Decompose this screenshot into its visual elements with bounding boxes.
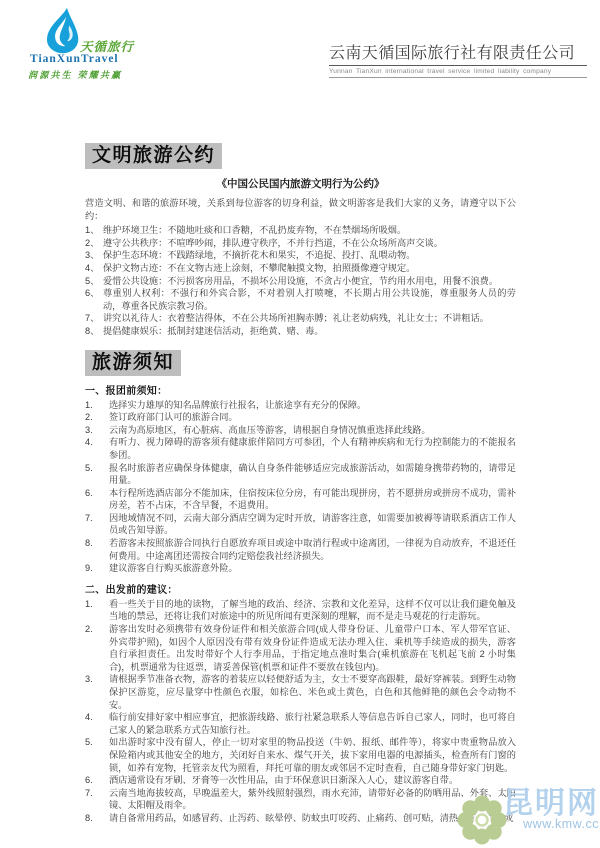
item-text: 若游客未按照旅游合同执行自愿放弃项目或途中取消行程或中途离团，一律视为自动放弃，… [109,537,516,562]
item-text: 请自备常用药品，如感冒药、止泻药、眩晕停、防蚊虫叮咬药、止痛药、创可贴，清热、解… [109,812,516,825]
item-text: 如出游时家中没有留人，停止一切对家里的物品投送（牛奶、报纸、邮件等），将家中贵重… [109,736,516,774]
item-number: 7. [85,787,109,812]
list-item: 8.若游客未按照旅游合同执行自愿放弃项目或途中取消行程或中途离团，一律视为自动放… [85,537,516,562]
item-text: 讲究以礼待人：衣着整洁得体，不在公共场所袒胸赤膊；礼让老幼病残，礼让女士；不讲粗… [103,312,516,325]
agency-logo: 天循旅行 TianXunTravel 润源共生 荣耀共赢 [28,6,168,86]
item-number: 2. [85,623,109,673]
list-item: 5.报名时旅游者应确保身体健康，确认自身条件能够适应完成旅游活动，如需随身携带药… [85,462,516,487]
list-item: 5、爱惜公共设施：不污损客房用品，不损坏公用设施，不贪占小便宜，节约用水用电，用… [85,275,516,288]
list-item: 4、保护文物古迹：不在文物古迹上涂刻，不攀爬触摸文物，拍照摄像遵守规定。 [85,262,516,275]
convention-intro: 营造文明、和谐的旅游环境，关系到每位游客的切身利益，做文明游客是我们大家的义务，… [85,197,516,222]
list-item: 2.游客出发时必须携带有效身份证件和相关旅游合同(成人带身份证、儿童带户口本、军… [85,623,516,673]
list-item: 1、维护环境卫生：不随地吐痰和口香糖，不乱扔废弃物，不在禁烟场所吸烟。 [85,224,516,237]
item-number: 5. [85,462,109,487]
list-item: 3.云南为高原地区，有心脏病、高血压等游客，请根据自身情况慎重选择此线路。 [85,424,516,437]
item-number: 7. [85,512,109,537]
item-text: 看一些关于目的地的读物，了解当地的政治、经济、宗教和文化差异，这样不仅可以让我们… [109,598,516,623]
item-text: 遵守公共秩序：不喧哗吵闹，排队遵守秩序，不并行挡道，不在公众场所高声交谈。 [103,237,516,250]
item-text: 因地域情况不同，云南大部分酒店空调为定时开放，请游客注意，如需要加被褥等请联系酒… [109,512,516,537]
convention-subtitle: 《中国公民国内旅游文明行为公约》 [85,176,516,191]
watermark-site-name: 昆明网 [503,789,599,819]
item-number: 6、 [85,287,103,312]
item-number: 2. [85,411,109,424]
before-booking-list: 1.选择实力雄厚的知名品牌旅行社报名，让旅途享有充分的保障。2.签订政府部门认可… [85,399,516,575]
item-number: 9. [85,562,109,575]
list-item: 6、尊重别人权利：不强行和外宾合影，不对着别人打喷嚏，不长期占用公共设施，尊重服… [85,287,516,312]
item-number: 1、 [85,224,103,237]
list-item: 7.因地域情况不同，云南大部分酒店空调为定时开放，请游客注意，如需要加被褥等请联… [85,512,516,537]
company-name-chinese: 云南天循国际旅行社有限责任公司 [329,40,587,66]
item-number: 3. [85,673,109,711]
list-item: 2.签订政府部门认可的旅游合同。 [85,411,516,424]
list-item: 4.有听力、视力障碍的游客须有健康旅伴陪同方可参团，个人有精神疾病和无行为控制能… [85,436,516,461]
list-item: 8、提倡健康娱乐：抵制封建迷信活动，拒绝黄、赌、毒。 [85,325,516,338]
item-text: 云南为高原地区，有心脏病、高血压等游客，请根据自身情况慎重选择此线路。 [109,424,516,437]
item-text: 选择实力雄厚的知名品牌旅行社报名，让旅途享有充分的保障。 [109,399,516,412]
item-text: 云南当地海拔较高，早晚温差大，紫外线照射强烈，雨水充沛，请带好必备的防晒用品、外… [109,787,516,812]
water-drop-icon [44,8,82,54]
item-text: 维护环境卫生：不随地吐痰和口香糖，不乱扔废弃物，不在禁烟场所吸烟。 [103,224,516,237]
item-number: 3、 [85,249,103,262]
list-item: 3、保护生态环境：不践踏绿地，不摘折花木和果实，不追捉、投打、乱喂动物。 [85,249,516,262]
item-number: 8. [85,812,109,825]
list-item: 4.临行前安排好家中相应事宜，把旅游线路、旅行社紧急联系人等信息告诉自己家人，同… [85,711,516,736]
item-number: 4. [85,436,109,461]
item-text: 建议游客自行购买旅游意外险。 [109,562,516,575]
item-number: 5、 [85,275,103,288]
item-text: 爱惜公共设施：不污损客房用品，不损坏公用设施，不贪占小便宜，节约用水用电，用餐不… [103,275,516,288]
item-text: 请根据季节准备衣物，游客的着装应以轻便舒适为主，女士不要穿高跟鞋，最好穿裤装。到… [109,673,516,711]
subsection-before-booking: 一、报团前须知： [85,382,516,397]
logo-slogan: 润源共生 荣耀共赢 [28,68,122,81]
convention-list: 1、维护环境卫生：不随地吐痰和口香糖，不乱扔废弃物，不在禁烟场所吸烟。2、遵守公… [85,224,516,337]
section-title-civilized-tourism: 文明旅游公约 [85,143,222,169]
list-item: 7、讲究以礼待人：衣着整洁得体，不在公共场所袒胸赤膊；礼让老幼病残，礼让女士；不… [85,312,516,325]
item-text: 本行程所选酒店部分不能加床，住宿按床位分房，有可能出现拼房，若不愿拼房或拼房不成… [109,487,516,512]
list-item: 1.选择实力雄厚的知名品牌旅行社报名，让旅途享有充分的保障。 [85,399,516,412]
list-item: 1.看一些关于目的地的读物，了解当地的政治、经济、宗教和文化差异，这样不仅可以让… [85,598,516,623]
item-number: 4. [85,711,109,736]
item-text: 游客出发时必须携带有效身份证件和相关旅游合同(成人带身份证、儿童带户口本、军人带… [109,623,516,673]
item-number: 8、 [85,325,103,338]
item-text: 尊重别人权利：不强行和外宾合影，不对着别人打喷嚏，不长期占用公共设施，尊重服务人… [103,287,516,312]
item-number: 6. [85,487,109,512]
list-item: 5.如出游时家中没有留人，停止一切对家里的物品投送（牛奶、报纸、邮件等），将家中… [85,736,516,774]
item-number: 5. [85,736,109,774]
item-text: 提倡健康娱乐：抵制封建迷信活动，拒绝黄、赌、毒。 [103,325,516,338]
item-number: 7、 [85,312,103,325]
item-number: 3. [85,424,109,437]
flower-icon [457,795,507,845]
site-watermark: 昆明网 www.kmw.cc [457,789,599,845]
list-item: 6.本行程所选酒店部分不能加床，住宿按床位分房，有可能出现拼房，若不愿拼房或拼房… [85,487,516,512]
item-text: 保护生态环境：不践踏绿地，不摘折花木和果实，不追捉、投打、乱喂动物。 [103,249,516,262]
item-text: 有听力、视力障碍的游客须有健康旅伴陪同方可参团，个人有精神疾病和无行为控制能力的… [109,436,516,461]
document-page: 天循旅行 TianXunTravel 润源共生 荣耀共赢 云南天循国际旅行社有限… [0,0,600,848]
item-number: 6. [85,774,109,787]
item-number: 8. [85,537,109,562]
document-body: 文明旅游公约 《中国公民国内旅游文明行为公约》 营造文明、和谐的旅游环境，关系到… [85,143,516,825]
item-number: 2、 [85,237,103,250]
item-text: 临行前安排好家中相应事宜，把旅游线路、旅行社紧急联系人等信息告诉自己家人，同时，… [109,711,516,736]
list-item: 6.酒店通常设有牙刷、牙膏等一次性用品，由于环保意识日渐深入人心，建议游客自带。 [85,774,516,787]
list-item: 3.请根据季节准备衣物，游客的着装应以轻便舒适为主，女士不要穿高跟鞋，最好穿裤装… [85,673,516,711]
list-item: 9.建议游客自行购买旅游意外险。 [85,562,516,575]
list-item: 7.云南当地海拔较高，早晚温差大，紫外线照射强烈，雨水充沛，请带好必备的防晒用品… [85,787,516,812]
item-text: 保护文物古迹：不在文物古迹上涂刻，不攀爬触摸文物，拍照摄像遵守规定。 [103,262,516,275]
item-number: 1. [85,399,109,412]
item-text: 酒店通常设有牙刷、牙膏等一次性用品，由于环保意识日渐深入人心，建议游客自带。 [109,774,516,787]
item-text: 报名时旅游者应确保身体健康，确认自身条件能够适应完成旅游活动，如需随身携带药物的… [109,462,516,487]
section-title-travel-notice: 旅游须知 [85,350,181,376]
item-text: 签订政府部门认可的旅游合同。 [109,411,516,424]
item-number: 4、 [85,262,103,275]
subsection-before-departure: 二、出发前的建议： [85,581,516,596]
before-departure-list: 1.看一些关于目的地的读物，了解当地的政治、经济、宗教和文化差异，这样不仅可以让… [85,598,516,825]
item-number: 1. [85,598,109,623]
logo-brand-english: TianXunTravel [30,53,119,65]
company-name-block: 云南天循国际旅行社有限责任公司 Yunnan TianXun internati… [329,40,587,78]
list-item: 8.请自备常用药品，如感冒药、止泻药、眩晕停、防蚊虫叮咬药、止痛药、创可贴，清热… [85,812,516,825]
company-name-english: Yunnan TianXun international travel serv… [329,66,587,78]
list-item: 2、遵守公共秩序：不喧哗吵闹，排队遵守秩序，不并行挡道，不在公众场所高声交谈。 [85,237,516,250]
